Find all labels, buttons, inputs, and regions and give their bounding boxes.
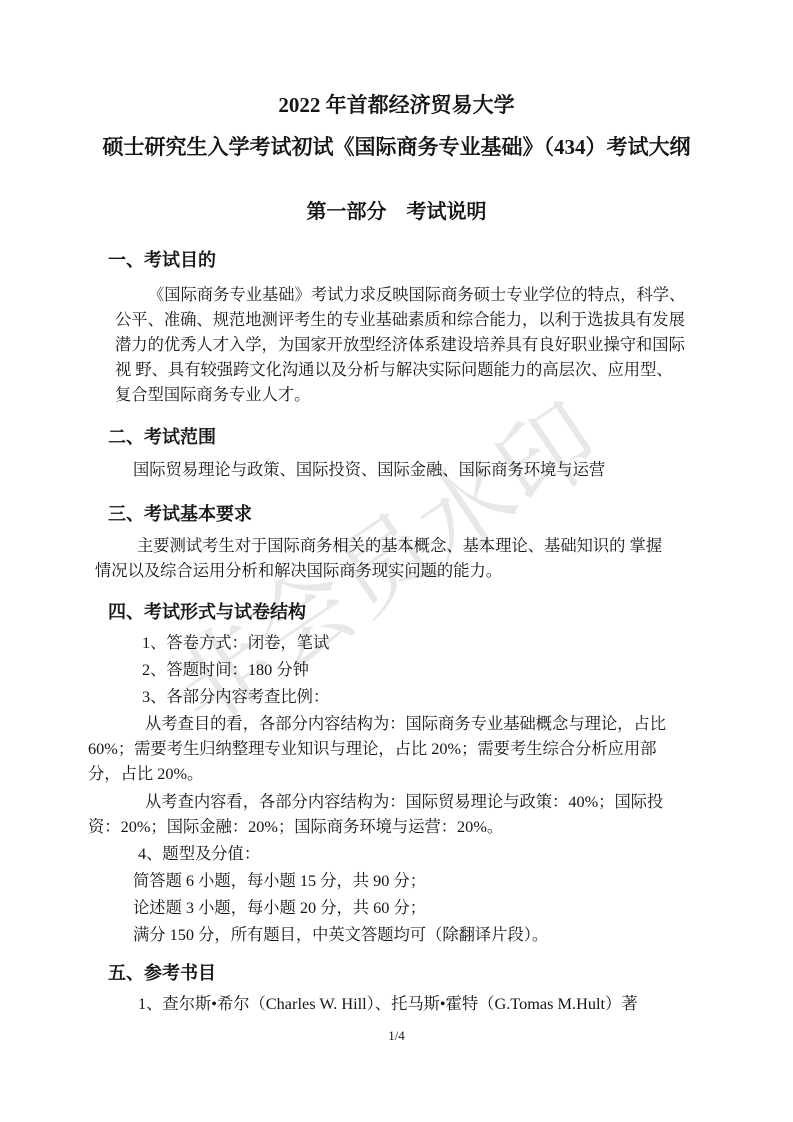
para-proportion-by-purpose: 从考查目的看，各部分内容结构为：国际商务专业基础概念与理论，占比60%；需要考生… bbox=[0, 711, 793, 786]
document-content: 2022 年首都经济贸易大学 硕士研究生入学考试初试《国际商务专业基础》（434… bbox=[0, 0, 793, 1122]
para-proportion-by-content: 从考查内容看，各部分内容结构为：国际贸易理论与政策：40%；国际投资：20%；国… bbox=[0, 789, 793, 839]
paragraph-line: 从考查内容看，各部分内容结构为：国际贸易理论与政策：40%；国际投 bbox=[145, 789, 793, 814]
paragraph-line: 《国际商务专业基础》考试力求反映国际商务硕士专业学位的特点，科学、 bbox=[148, 282, 793, 307]
paragraph-line: 复合型国际商务专业人才。 bbox=[115, 382, 793, 407]
heading-exam-scope: 二、考试范围 bbox=[108, 425, 793, 449]
item-answer-time: 2、答题时间：180 分钟 bbox=[142, 656, 793, 683]
heading-exam-format: 四、考试形式与试卷结构 bbox=[108, 600, 793, 624]
item-content-proportion: 3、各部分内容考查比例： bbox=[142, 683, 793, 710]
line-exam-scope: 国际贸易理论与政策、国际投资、国际金融、国际商务环境与运营 bbox=[133, 457, 793, 482]
para-basic-requirements: 主要测试考生对于国际商务相关的基本概念、基本理论、基础知识的 掌握情况以及综合运… bbox=[0, 533, 793, 583]
heading-basic-requirements: 三、考试基本要求 bbox=[108, 502, 793, 526]
part-heading: 第一部分 考试说明 bbox=[0, 199, 793, 225]
paragraph-line: 主要测试考生对于国际商务相关的基本概念、基本理论、基础知识的 掌握 bbox=[137, 533, 793, 558]
line-short-answer-score: 简答题 6 小题，每小题 15 分，共 90 分； bbox=[133, 867, 793, 894]
paragraph-line: 资：20%；国际金融：20%；国际商务环境与运营：20%。 bbox=[88, 814, 793, 839]
paragraph-line: 从考查目的看，各部分内容结构为：国际商务专业基础概念与理论，占比 bbox=[145, 711, 793, 736]
document-page: 非会员水印 2022 年首都经济贸易大学 硕士研究生入学考试初试《国际商务专业基… bbox=[0, 0, 793, 1122]
line-total-score: 满分 150 分，所有题目，中英文答题均可（除翻译片段）。 bbox=[133, 921, 793, 948]
paragraph-line: 视 野、具有较强跨文化沟通以及分析与解决实际问题能力的高层次、应用型、 bbox=[115, 357, 793, 382]
paragraph-line: 分，占比 20%。 bbox=[88, 761, 793, 786]
heading-references: 五、参考书目 bbox=[108, 961, 793, 985]
paragraph-line: 潜力的优秀人才入学，为国家开放型经济体系建设培养具有良好职业操守和国际 bbox=[115, 332, 793, 357]
item-question-types: 4、题型及分值： bbox=[138, 840, 793, 867]
paragraph-line: 情况以及综合运用分析和解决国际商务现实问题的能力。 bbox=[95, 558, 793, 583]
doc-title-line1: 2022 年首都经济贸易大学 bbox=[0, 92, 793, 119]
paragraph-line: 公平、准确、规范地测评考生的专业基础素质和综合能力，以利于选拔具有发展 bbox=[115, 307, 793, 332]
para-exam-purpose: 《国际商务专业基础》考试力求反映国际商务硕士专业学位的特点，科学、公平、准确、规… bbox=[0, 282, 793, 407]
heading-exam-purpose: 一、考试目的 bbox=[108, 248, 793, 272]
item-answer-method: 1、答卷方式：闭卷，笔试 bbox=[142, 629, 793, 656]
page-number: 1/4 bbox=[0, 1028, 793, 1044]
line-essay-score: 论述题 3 小题，每小题 20 分，共 60 分； bbox=[133, 894, 793, 921]
line-reference-book: 1、查尔斯•希尔（Charles W. Hill）、托马斯•霍特（G.Tomas… bbox=[138, 991, 793, 1016]
paragraph-line: 60%；需要考生归纳整理专业知识与理论，占比 20%；需要考生综合分析应用部 bbox=[88, 736, 793, 761]
doc-title-line2: 硕士研究生入学考试初试《国际商务专业基础》（434）考试大纲 bbox=[0, 134, 793, 161]
